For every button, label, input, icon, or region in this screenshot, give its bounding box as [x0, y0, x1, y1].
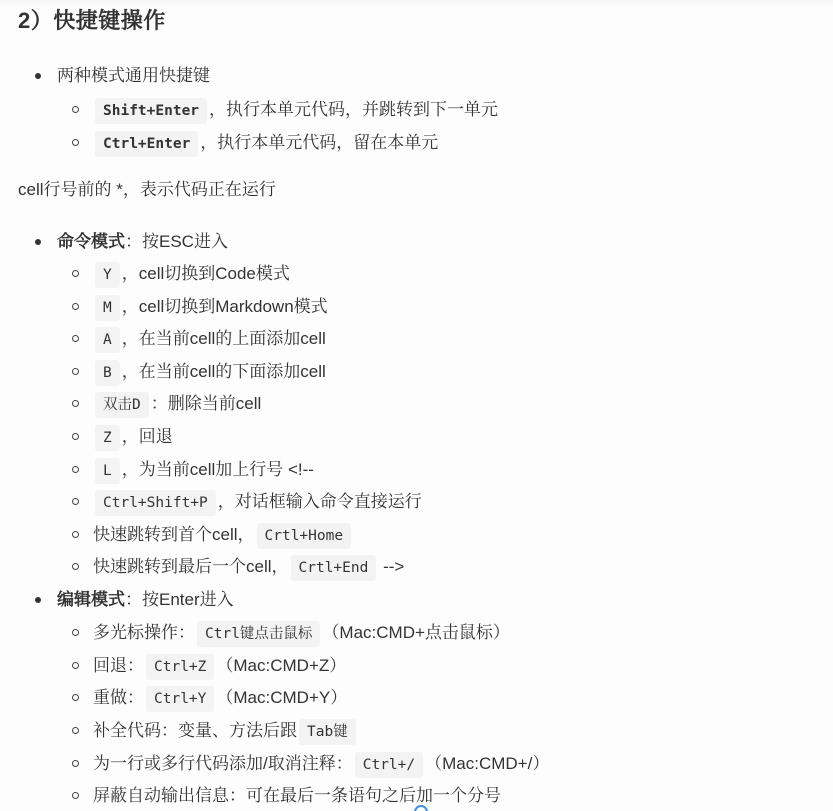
bullet-circle-icon: [72, 139, 79, 146]
list-item: 为一行或多行代码添加/取消注释：Ctrl+/（Mac:CMD+/）: [93, 749, 549, 779]
list-item: Shift+Enter，执行本单元代码，并跳转到下一单元: [93, 95, 498, 125]
list-item: Y，cell切换到Code模式: [93, 259, 290, 289]
section-heading: 2）快捷键操作: [18, 4, 166, 38]
bullet-circle-icon: [72, 466, 79, 473]
shortcut-description: ，cell切换到Markdown模式: [122, 297, 328, 316]
command-mode-title: 命令模式: [57, 232, 125, 251]
list-item: M，cell切换到Markdown模式: [93, 292, 328, 322]
shortcut-key: A: [95, 327, 120, 353]
item-prefix: 屏蔽自动输出信息：可在最后一条语句之后加一个分号: [93, 786, 501, 805]
bullet-disc-icon: [35, 597, 41, 603]
bullet-circle-icon: [72, 563, 79, 570]
shortcut-description: ，回退: [122, 427, 173, 446]
list-item: 双击D：删除当前cell: [93, 389, 261, 419]
list-item: 多光标操作：Ctrl键点击鼠标（Mac:CMD+点击鼠标）: [93, 618, 510, 648]
running-note: cell行号前的 *，表示代码正在运行: [18, 175, 276, 205]
item-prefix: 多光标操作：: [93, 623, 195, 642]
edit-mode-label: 编辑模式：按Enter进入: [57, 585, 234, 615]
item-prefix: 为一行或多行代码添加/取消注释：: [93, 754, 353, 773]
list-item: 补全代码：变量、方法后跟Tab键: [93, 716, 358, 746]
bullet-circle-icon: [72, 760, 79, 767]
list-item: B，在当前cell的下面添加cell: [93, 357, 326, 387]
list-item: 回退：Ctrl+Z（Mac:CMD+Z）: [93, 651, 346, 681]
shortcut-key: Tab键: [299, 719, 356, 745]
shortcut-key: L: [95, 458, 120, 484]
list-item: Ctrl+Enter，执行本单元代码，留在本单元: [93, 128, 438, 158]
bullet-circle-icon: [72, 433, 79, 440]
shortcut-key: Y: [95, 262, 120, 288]
bullet-disc-icon: [35, 73, 41, 79]
item-prefix: 快速跳转到首个cell，: [93, 525, 255, 544]
shortcut-description: ，cell切换到Code模式: [122, 264, 290, 283]
bullet-circle-icon: [72, 629, 79, 636]
shortcut-key: Ctrl键点击鼠标: [197, 621, 320, 647]
item-prefix: 回退：: [93, 656, 144, 675]
bullet-circle-icon: [72, 727, 79, 734]
shortcut-description: ，在当前cell的上面添加cell: [122, 329, 326, 348]
list-item: Ctrl+Shift+P，对话框输入命令直接运行: [93, 487, 422, 517]
shortcut-description: （Mac:CMD+/）: [425, 754, 549, 773]
shortcut-key: Ctrl+Shift+P: [95, 490, 216, 516]
shortcut-key: B: [95, 360, 120, 386]
bullet-circle-icon: [72, 662, 79, 669]
list-item: 快速跳转到首个cell，Crtl+Home: [93, 520, 353, 550]
bullet-circle-icon: [72, 792, 79, 799]
item-prefix: 快速跳转到最后一个cell，: [93, 557, 289, 576]
bullet-circle-icon: [72, 270, 79, 277]
shortcut-key: Crtl+End: [291, 555, 377, 581]
shortcut-description: ，为当前cell加上行号 <!--: [122, 460, 314, 479]
bullet-circle-icon: [72, 694, 79, 701]
shortcut-key: 双击D: [95, 392, 149, 418]
list-item: L，为当前cell加上行号 <!--: [93, 455, 314, 485]
bullet-circle-icon: [72, 531, 79, 538]
shortcut-description: ：删除当前cell: [151, 394, 262, 413]
command-mode-label: 命令模式：按ESC进入: [57, 227, 228, 257]
bullet-circle-icon: [72, 400, 79, 407]
bullet-circle-icon: [72, 303, 79, 310]
shortcut-key: Ctrl+Y: [146, 686, 214, 712]
bullet-circle-icon: [72, 106, 79, 113]
list-item: Z，回退: [93, 422, 173, 452]
shortcut-description: ，执行本单元代码，留在本单元: [200, 133, 438, 152]
shortcut-key: Ctrl+Enter: [95, 131, 198, 157]
bullet-circle-icon: [72, 335, 79, 342]
edit-mode-hint: ：按Enter进入: [125, 590, 234, 609]
bullet-disc-icon: [35, 239, 41, 245]
item-prefix: 重做：: [93, 688, 144, 707]
shortcut-description: （Mac:CMD+Z）: [216, 656, 346, 675]
shortcut-description: ，对话框输入命令直接运行: [218, 492, 422, 511]
shortcut-key: Ctrl+Z: [146, 654, 214, 680]
shortcut-description: -->: [378, 557, 404, 576]
list-item: 屏蔽自动输出信息：可在最后一条语句之后加一个分号: [93, 781, 501, 811]
bullet-circle-icon: [72, 498, 79, 505]
shortcut-description: ，在当前cell的下面添加cell: [122, 362, 326, 381]
shortcut-key: Z: [95, 425, 120, 451]
shortcut-description: （Mac:CMD+Y）: [216, 688, 347, 707]
shortcut-description: ，执行本单元代码，并跳转到下一单元: [209, 100, 498, 119]
common-shortcuts-label: 两种模式通用快捷键: [57, 61, 210, 91]
shortcut-key: Ctrl+/: [355, 752, 423, 778]
shortcut-description: （Mac:CMD+点击鼠标）: [322, 623, 509, 642]
shortcut-key: M: [95, 295, 120, 321]
item-prefix: 补全代码：变量、方法后跟: [93, 721, 297, 740]
list-item: A，在当前cell的上面添加cell: [93, 324, 326, 354]
list-item: 快速跳转到最后一个cell，Crtl+End -->: [93, 552, 404, 582]
list-item: 重做：Ctrl+Y（Mac:CMD+Y）: [93, 683, 347, 713]
edit-mode-title: 编辑模式: [57, 590, 125, 609]
shortcut-key: Crtl+Home: [257, 523, 352, 549]
bullet-circle-icon: [72, 368, 79, 375]
command-mode-hint: ：按ESC进入: [125, 232, 228, 251]
shortcut-key: Shift+Enter: [95, 98, 207, 124]
